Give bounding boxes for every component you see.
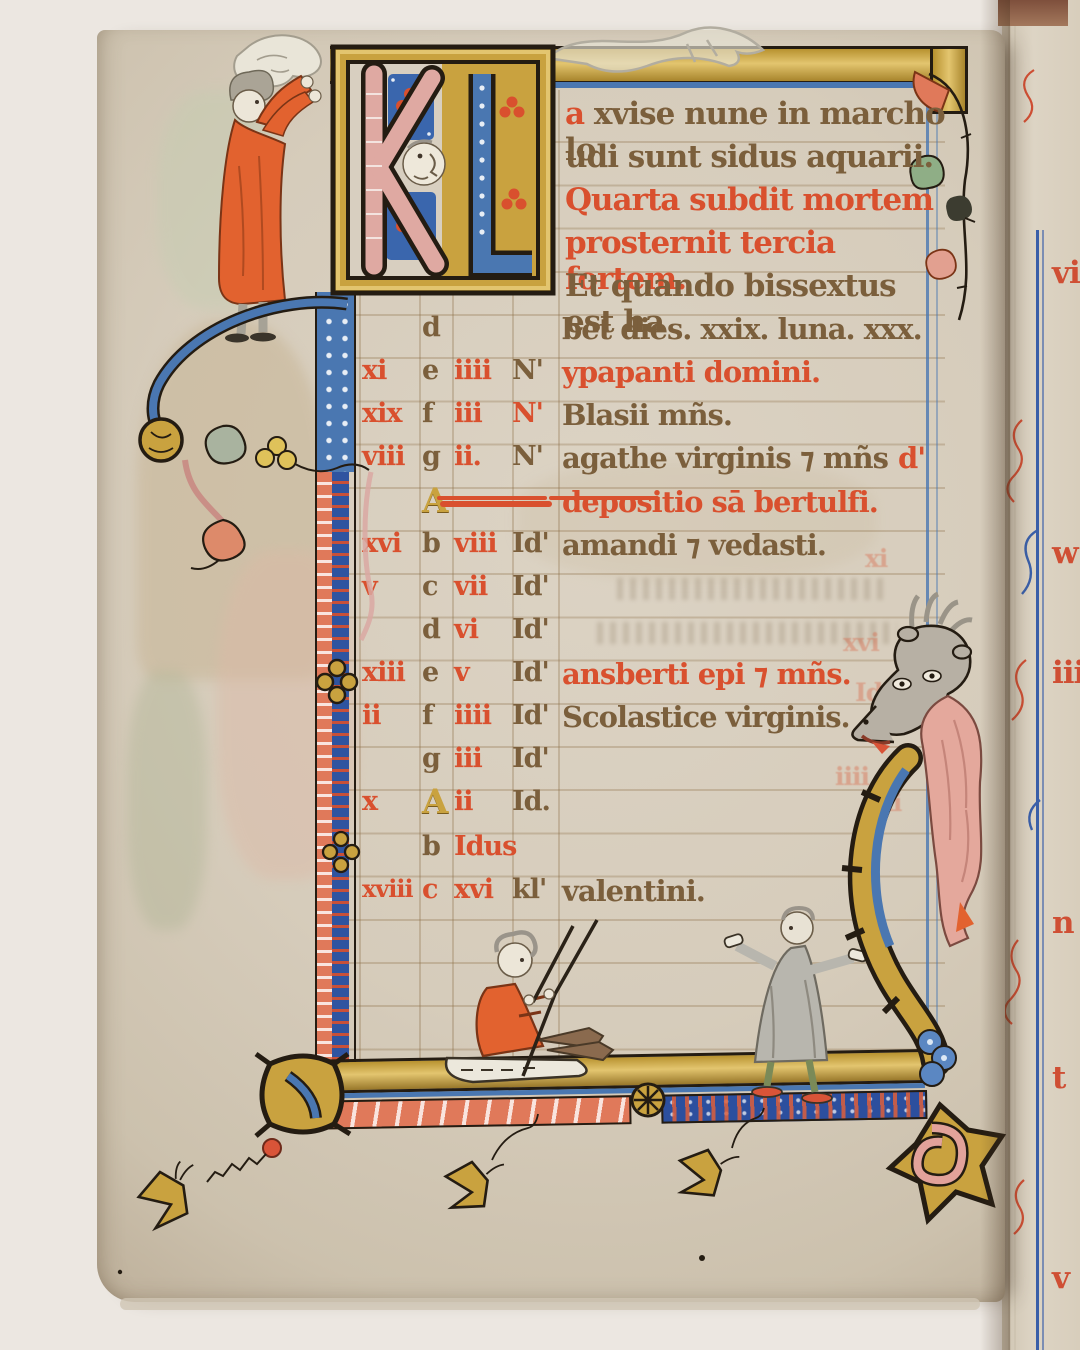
golden-number: xix — [362, 398, 401, 429]
nones-abbrev: N' — [512, 441, 543, 472]
day-numeral: vii — [454, 571, 487, 602]
facing-text-fragment: w — [1052, 535, 1078, 571]
left-margin-vine — [127, 288, 367, 718]
dominical-letter: g — [422, 743, 440, 774]
calendar-row-feb4: viii g ii. N' agathe virginis ⁊ mñsd' — [360, 441, 945, 483]
grading-mark: d' — [898, 441, 925, 475]
uncolored-dragon-drollery — [537, 16, 777, 82]
facing-text-fragment: n — [1052, 905, 1074, 941]
feast-name: depositio sā bertulfi. — [562, 485, 878, 519]
gold-moth — [442, 1157, 504, 1214]
boot — [547, 1042, 613, 1060]
ides-label: Idus — [454, 831, 516, 862]
nostril — [863, 719, 868, 724]
ear — [898, 627, 918, 641]
showthrough-numeral: xi — [865, 544, 887, 573]
gold-trefoil-leaf — [256, 437, 296, 469]
calendar-row-feb2: xi e iiii N' ypapanti domini. — [360, 355, 945, 397]
day-numeral: vi — [454, 614, 478, 645]
dominical-letter: c — [422, 571, 437, 602]
verse-line: Et quando bissextus est ha — [565, 268, 945, 310]
salmon-ivy-leaf — [203, 520, 244, 560]
day-numeral: ii. — [454, 441, 481, 472]
dominical-letter: g — [422, 441, 440, 472]
feast-name: Blasii mñs. — [562, 398, 732, 432]
dominical-letter-gold: A — [422, 782, 447, 822]
bas-de-page-figures — [427, 890, 867, 1105]
squiggle-tendril — [295, 464, 369, 471]
ides-abbrev: Id' — [512, 743, 549, 774]
calendar-row-feb1: d bet dies. xxix. luna. xxx. — [360, 312, 945, 354]
dominical-letter: f — [422, 700, 433, 731]
facing-text-fragment: vi — [1052, 255, 1080, 291]
day-numeral: iii — [454, 743, 482, 774]
zigzag-line — [207, 1154, 266, 1182]
day-numeral: ii — [454, 786, 473, 817]
golden-number: xiii — [362, 657, 405, 688]
feast-name: ypapanti domini. — [562, 355, 820, 389]
manuscript-page: a xvise nune in marcho lo udi sunt sidus… — [97, 30, 1005, 1302]
tendril-line — [492, 1114, 538, 1160]
manuscript-photo: vi w iii n t v — [0, 0, 1080, 1350]
nones-abbrev: N' — [512, 398, 543, 429]
verse-line: a xvise nune in marcho lo — [565, 96, 945, 138]
feast-name: ansberti epi ⁊ mñs. — [562, 657, 851, 691]
grey-ivy-leaf — [206, 426, 246, 464]
feast-name: amandi ⁊ vedasti. — [562, 528, 826, 562]
ear — [953, 646, 971, 659]
day-numeral: v — [454, 657, 469, 688]
verse-initial: a — [565, 96, 584, 132]
dominical-letter: e — [422, 355, 438, 386]
dominical-letter: d — [422, 614, 440, 645]
feast-name: Scolastice virginis. — [562, 700, 850, 734]
day-numeral: iii — [454, 398, 482, 429]
kl-monogram-initial — [330, 44, 556, 296]
facing-text-fragment: v — [1052, 1260, 1069, 1296]
dominical-letter: d — [422, 312, 440, 343]
ides-abbrev: Id' — [512, 571, 549, 602]
gold-quatrefoil-ornament — [321, 830, 361, 874]
prodding-sticks — [533, 920, 597, 1002]
tendril-line — [732, 1108, 764, 1148]
facing-text-fragment: t — [1052, 1060, 1065, 1096]
ides-abbrev: Id' — [512, 614, 549, 645]
dark-ivy-leaf — [946, 196, 972, 221]
verse-line: prosternit tercia fortem. — [565, 225, 945, 267]
day-numeral: viii — [454, 528, 496, 559]
sled-boy-figure — [446, 920, 613, 1082]
calendar-row-feb3: xix f iii N' Blasii mñs. — [360, 398, 945, 440]
gold-moth — [672, 1141, 740, 1204]
gutter-shadow — [980, 0, 1010, 1350]
calendar-row-feb6: xvi b viii Id' amandi ⁊ vedasti. — [360, 528, 945, 570]
dominical-letter: e — [422, 657, 438, 688]
day-numeral: iiii — [454, 355, 491, 386]
ides-abbrev: Id' — [512, 657, 549, 688]
dominical-letter: b — [422, 831, 440, 862]
verse-line: udi sunt sidus aquarii. — [565, 139, 945, 181]
red-patten — [752, 1087, 782, 1097]
calendar-row-feb5: A depositio sā bertulfi. — [360, 485, 945, 527]
ides-abbrev: Id' — [512, 528, 549, 559]
feast-name: agathe virginis ⁊ mñsd' — [562, 441, 925, 475]
nonas-line-filler — [440, 501, 552, 507]
ink-speck — [118, 1270, 122, 1274]
ides-abbrev: Id. — [512, 786, 550, 817]
golden-number: x — [362, 786, 377, 817]
nones-abbrev: N' — [512, 355, 543, 386]
verse-line: Quarta subdit mortem — [565, 182, 945, 224]
dominical-letter: f — [422, 398, 433, 429]
golden-number: xviii — [362, 874, 413, 903]
gold-moth — [133, 1159, 204, 1230]
gold-ball — [140, 419, 182, 461]
dominical-letter: b — [422, 528, 440, 559]
ides-abbrev: Id' — [512, 700, 549, 731]
day-numeral: iiii — [454, 700, 491, 731]
lower-leaf-edge — [120, 1298, 980, 1310]
facing-text-fragment: iii — [1052, 655, 1080, 691]
verse-continuation: bet dies. xxix. luna. xxx. — [562, 312, 922, 346]
ink-speck — [699, 1255, 705, 1261]
